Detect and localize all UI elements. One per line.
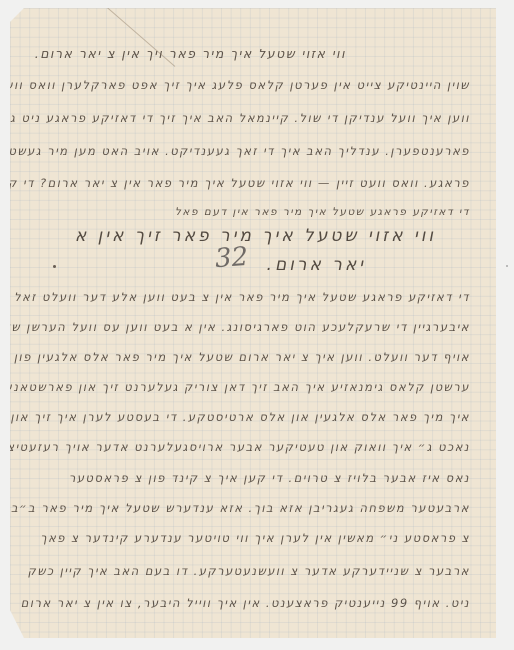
page-number-annotation: 32	[214, 242, 249, 274]
body-line: ארבעטער משפחה געגריבן אזא בוך. אזא ענדער…	[11, 501, 470, 515]
body-line: ארבער צ שניידערקע אדער צ וועשנעטערקע. דו…	[28, 564, 470, 578]
essay-title-line-2: יאר ארום.	[267, 255, 366, 275]
manuscript-line: פראגע. וואס וועט זיין — ווי אזוי שטעל אי…	[0, 176, 470, 190]
body-line: נאס איז אבער בלויז צ טרוים. די קען איך צ…	[69, 471, 470, 485]
manuscript-line: פארענטפערן. ענדליך האב איך די זאך געענדי…	[0, 144, 470, 158]
body-line: צ פראסטע ני״ מאשין אין לערן איך ווי טויט…	[40, 531, 470, 545]
essay-title-line-1: ווי אזוי שטעל איך מיר פאר זיך אין א	[75, 226, 436, 246]
body-line: די דאזיקע פראגע שטעל איך מיר פאר אין צ ב…	[14, 290, 470, 304]
manuscript-line: שוין היינטיקע צייט אין פערטן קלאס פלעג א…	[0, 78, 470, 92]
body-line: נאכט ג״ איך וואוק און טעטיקער אבער ארויס…	[0, 440, 470, 454]
scan-speck	[506, 265, 508, 267]
manuscript-line: ווען איך וועל ענדיקן די שול. קיינמאל האב…	[0, 111, 470, 125]
manuscript-line: ווי אזוי שטעל איך מיר פאר ויך אין צ יאר …	[35, 46, 346, 61]
manuscript-page: ווי אזוי שטעל איך מיר פאר ויך אין צ יאר …	[10, 8, 496, 638]
ink-dot	[53, 265, 56, 268]
manuscript-line: די דאזיקע פראגע שטעל איך מיר פאר אין דעם…	[175, 206, 470, 218]
body-line: איבערגיין די שרעקלעכע הוט פארגיסונג. אין…	[0, 320, 470, 334]
body-line: ערשטן קלאס גימנאזיע איך האב זיך דאן צורי…	[0, 380, 470, 394]
body-line: אויף דער וועלט. ווען איך צ יאר ארום שטעל…	[14, 350, 470, 364]
body-line: איך מיך פאר אלס אלגעין און אלס ארטיסטקע.…	[0, 410, 470, 424]
body-line: ניט. אויף 99 נייענטיק פראצענט. אין איך ו…	[21, 596, 470, 610]
